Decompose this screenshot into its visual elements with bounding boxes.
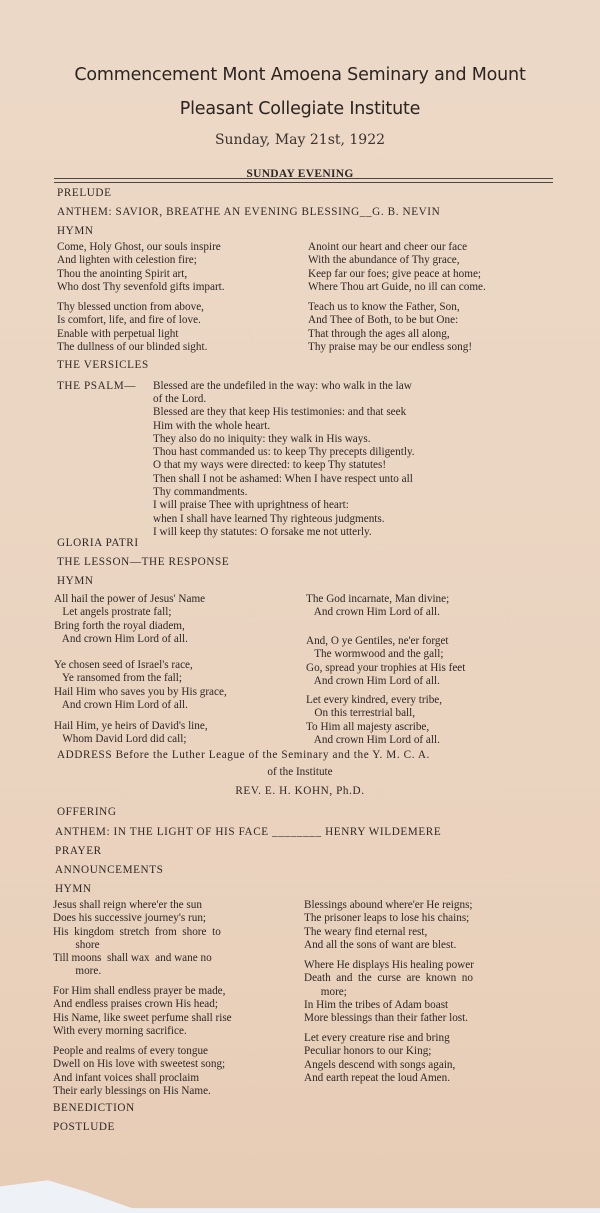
hymn-2-label: HYMN [57, 575, 94, 587]
hymn-3-verse: People and realms of every tongue Dwell … [53, 1045, 225, 1098]
hymn-1-verse: Teach us to know the Father, Son, And Th… [308, 301, 472, 354]
benediction: BENEDICTION [53, 1102, 135, 1114]
program-title-line2: Pleasant Collegiate Institute [0, 99, 600, 119]
hymn-2-verse: And, O ye Gentiles, ne'er forget The wor… [306, 635, 465, 688]
hymn-1-verse: Thy blessed unction from above, Is comfo… [57, 301, 207, 354]
hymn-2-verse: All hail the power of Jesus' Name Let an… [54, 593, 205, 646]
versicles: THE VERSICLES [57, 359, 149, 371]
program-date: Sunday, May 21st, 1922 [0, 132, 600, 148]
address: ADDRESS Before the Luther League of the … [57, 749, 430, 761]
hymn-3-verse: Jesus shall reign where'er the sun Does … [53, 899, 221, 979]
hymn-1-verse: Anoint our heart and cheer our face With… [308, 241, 486, 294]
hymn-2-verse: Ye chosen seed of Israel's race, Ye rans… [54, 659, 227, 712]
hymn-3-label: HYMN [55, 883, 92, 895]
anthem-1: ANTHEM: SAVIOR, BREATHE AN EVENING BLESS… [57, 206, 440, 218]
program-title-line1: Commencement Mont Amoena Seminary and Mo… [0, 65, 600, 85]
hymn-2-verse: The God incarnate, Man divine; And crown… [306, 593, 449, 620]
offering: OFFERING [57, 806, 117, 818]
prelude: PRELUDE [57, 187, 112, 199]
section-heading: SUNDAY EVENING [0, 168, 600, 180]
prayer: PRAYER [55, 845, 102, 857]
divider-rule [54, 182, 553, 183]
lesson-response: THE LESSON—THE RESPONSE [57, 556, 229, 568]
hymn-3-verse: For Him shall endless prayer be made, An… [53, 985, 232, 1038]
psalm-label: THE PSALM— [57, 380, 136, 392]
hymn-3-verse: Let every creature rise and bring Peculi… [304, 1032, 455, 1085]
hymn-1-verse: Come, Holy Ghost, our souls inspire And … [57, 241, 225, 294]
anthem-2: ANTHEM: IN THE LIGHT OF HIS FACE _______… [55, 826, 441, 838]
address-line-2: of the Institute [0, 766, 600, 779]
postlude: POSTLUDE [53, 1121, 115, 1133]
hymn-3-verse: Where He displays His healing power Deat… [304, 959, 474, 1025]
speaker: REV. E. H. KOHN, Ph.D. [0, 785, 600, 797]
hymn-3-verse: Blessings abound where'er He reigns; The… [304, 899, 473, 952]
program-page: Commencement Mont Amoena Seminary and Mo… [0, 0, 600, 1213]
hymn-1-label: HYMN [57, 225, 94, 237]
psalm-text: of the Lord. Blessed are they that keep … [153, 393, 415, 539]
psalm-first-line: Blessed are the undefiled in the way: wh… [153, 380, 412, 393]
hymn-2-verse: Hail Him, ye heirs of David's line, Whom… [54, 720, 208, 747]
hymn-2-verse: Let every kindred, every tribe, On this … [306, 694, 442, 747]
announcements: ANNOUNCEMENTS [55, 864, 164, 876]
gloria-patri: GLORIA PATRI [57, 537, 139, 549]
